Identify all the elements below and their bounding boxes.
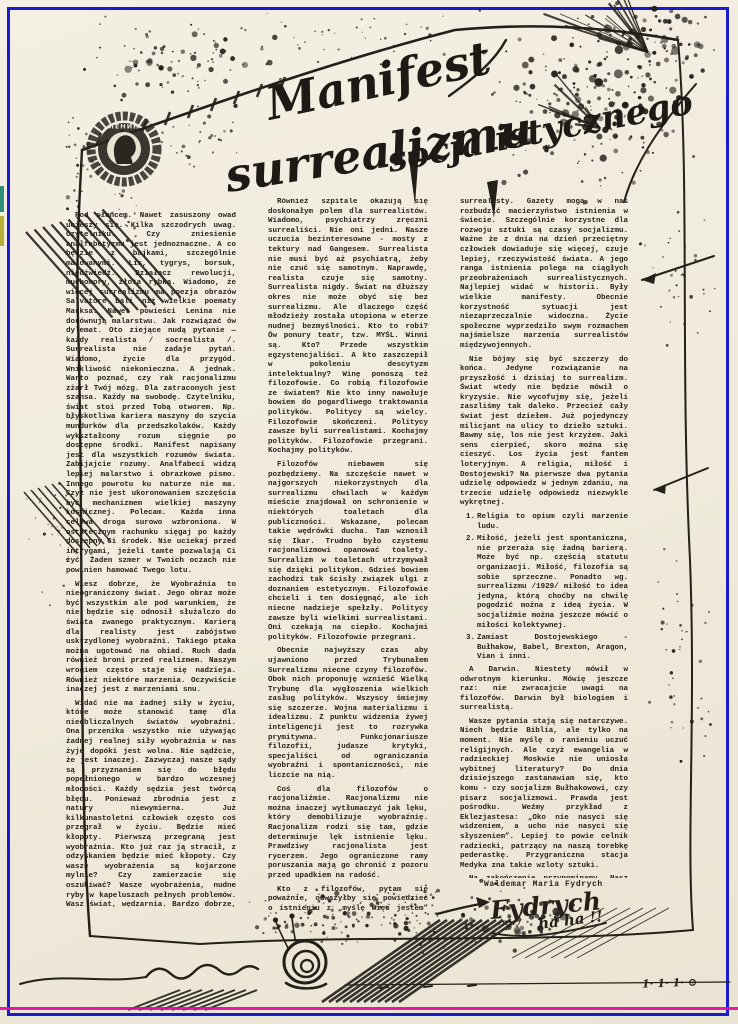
manifesto-paragraph: Na zakończenie przypominamy. Nasz apel a… [460,875,628,878]
text-column-2: Również szpitale okazują się doskonałym … [268,198,428,914]
manifesto-paragraph: Widać nie ma żadnej siły w życiu, które … [66,700,236,907]
manifesto-scan-page: ЛЕНИН Manifest surrealizmu socjalistyczn… [0,0,738,1024]
numbered-item: 1. Religia to opium czyli marzenie ludu. [466,513,628,532]
medal-label: ЛЕНИН [108,123,139,131]
manifesto-paragraph: Filozofów niebawem się pozbędziemy. Na s… [268,461,428,643]
numbered-item: 2. Miłość, jeżeli jest spontaniczna, nie… [466,535,628,631]
text-column-3: surrealisty. Gazety mogą w nas rozbudzić… [460,198,628,878]
page-title: Manifest surrealizmu socjalistycznego [212,52,732,222]
item-text: Religia to opium czyli marzenie ludu. [477,513,628,532]
item-text: Zamiast Dostojewskiego - Bułhakow, Babel… [477,634,628,663]
manifesto-paragraph: Wiesz dobrze, że Wyobraźnia to nieograni… [66,581,236,696]
manifesto-paragraph: A Darwin. Niestety mówił w odwrotnym kie… [460,666,628,714]
manifesto-paragraph: surrealisty. Gazety mogą w nas rozbudzić… [460,198,628,352]
manifesto-paragraph: Kto z filozofów, pytam się poważnie, odw… [268,886,428,914]
manifesto-paragraph: Pod słońcem. Nawet zasuszony owad uciesz… [66,212,236,577]
item-number: 2. [466,535,477,631]
manifesto-paragraph: Coś dla filozofów o racjonaliźmie. Racjo… [268,786,428,882]
text-column-1: Pod słońcem. Nawet zasuszony owad uciesz… [66,212,236,907]
manifesto-paragraph: Obecnie najwyższy czas aby ujawniono prz… [268,647,428,781]
numbered-item: 3. Zamiast Dostojewskiego - Bułhakow, Ba… [466,634,628,663]
manifesto-paragraph: Również szpitale okazują się doskonałym … [268,198,428,457]
manifesto-paragraph: Wasze pytania stają się natarczywe. Niec… [460,718,628,872]
signature-block: Waldemar Maria Fydrych Fydrych /mjr/ ha … [470,880,720,929]
item-text: Miłość, jeżeli jest spontaniczna, nie pr… [477,535,628,631]
scan-edge-artifact-yellow [0,216,4,246]
scan-artifact-line [0,1007,738,1010]
item-number: 1. [466,513,477,532]
manifesto-paragraph: Nie bójmy się być szczerzy do końca. Jed… [460,356,628,510]
item-number: 3. [466,634,477,663]
scan-edge-artifact-green [0,186,4,212]
